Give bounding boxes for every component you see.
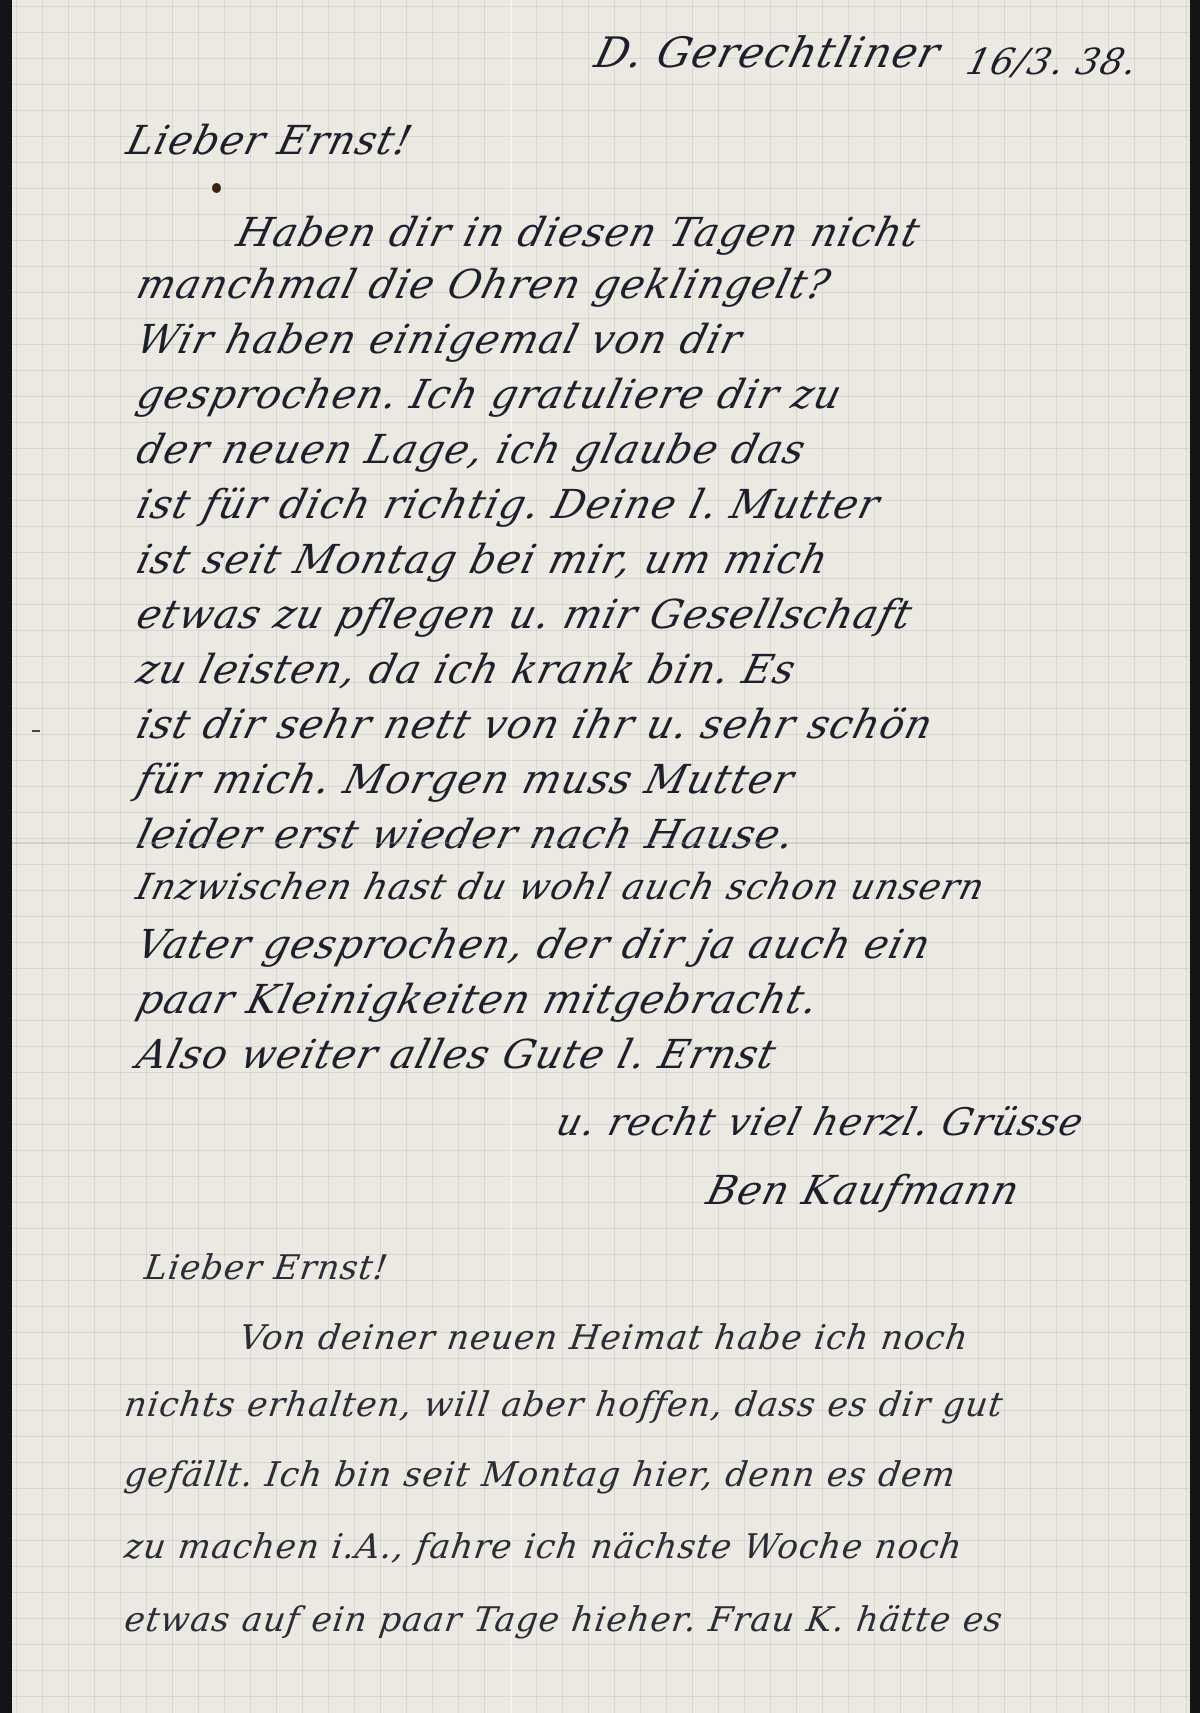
- letter1-line: ist seit Montag bei mir, um mich: [132, 537, 833, 583]
- letter1-closing: u. recht viel herzl. Grüsse: [552, 1100, 1089, 1144]
- letter-date: 16/3. 38.: [962, 42, 1142, 83]
- letter1-line: für mich. Morgen muss Mutter: [132, 757, 799, 803]
- letter1-line: manchmal die Ohren geklingelt?: [132, 262, 836, 308]
- letter2-line: Von deiner neuen Heimat habe ich noch: [237, 1318, 971, 1358]
- letter1-line: Vater gesprochen, der dir ja auch ein: [132, 922, 936, 968]
- ink-spot: [212, 183, 221, 193]
- letter2-line: zu machen i.A., fahre ich nächste Woche …: [122, 1527, 965, 1567]
- letter2-line: etwas auf ein paar Tage hieher. Frau K. …: [122, 1600, 1006, 1640]
- letter1-salutation: Lieber Ernst!: [122, 118, 417, 164]
- letter1-line: ist dir sehr nett von ihr u. sehr schön: [132, 702, 938, 748]
- letter-page: D. Gerechtliner 16/3. 38. Lieber Ernst! …: [12, 0, 1190, 1713]
- letter1-line: Also weiter alles Gute l. Ernst: [132, 1032, 781, 1078]
- letter1-line: leider erst wieder nach Hause.: [132, 812, 800, 858]
- letter1-line: Inzwischen hast du wohl auch schon unser…: [132, 867, 989, 908]
- letter2-salutation: Lieber Ernst!: [142, 1248, 391, 1288]
- letter1-line: ist für dich richtig. Deine l. Mutter: [132, 482, 885, 528]
- letter-place: D. Gerechtliner: [590, 28, 946, 77]
- letter1-line: Haben dir in diesen Tagen nicht: [232, 210, 925, 256]
- letter2-line: nichts erhalten, will aber hoffen, dass …: [122, 1385, 1006, 1425]
- letter1-line: gesprochen. Ich gratuliere dir zu: [132, 372, 847, 418]
- letter1-line: paar Kleinigkeiten mitgebracht.: [132, 977, 823, 1023]
- letter1-signature: Ben Kaufmann: [702, 1168, 1025, 1214]
- margin-mark: [32, 730, 40, 732]
- letter1-line: Wir haben einigemal von dir: [132, 317, 747, 363]
- letter1-line: zu leisten, da ich krank bin. Es: [132, 647, 801, 693]
- letter1-line: der neuen Lage, ich glaube das: [132, 427, 811, 473]
- letter1-line: etwas zu pflegen u. mir Gesellschaft: [132, 592, 917, 638]
- letter2-line: gefällt. Ich bin seit Montag hier, denn …: [122, 1455, 959, 1495]
